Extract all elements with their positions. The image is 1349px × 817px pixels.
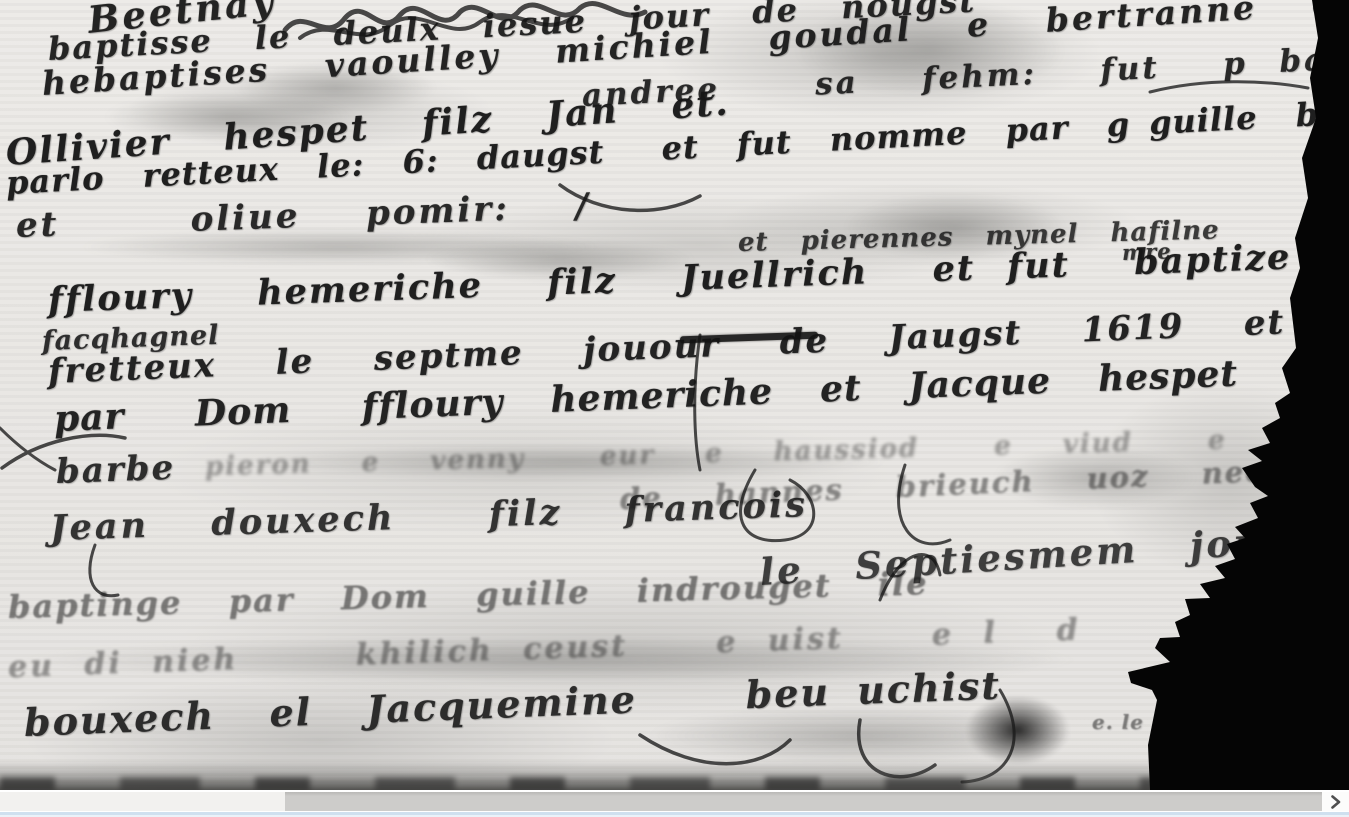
manuscript-scan: Beetnaybaptisse le deulx iesue jour de n… [0,0,1349,790]
handwritten-line: mre [1122,238,1172,265]
page-bottom-shadow-blotches [0,777,1349,790]
chevron-right-icon [1330,795,1342,809]
scrollbar-thumb[interactable] [285,792,1322,811]
scroll-right-button[interactable] [1322,792,1349,811]
handwritten-line: e. le [1092,710,1144,734]
document-viewer: Beetnaybaptisse le deulx iesue jour de n… [0,0,1349,817]
scrollbar-track[interactable] [0,792,1322,811]
horizontal-scrollbar [0,790,1349,817]
handwritten-line: le Septiesmem jour d [759,513,1349,594]
handwritten-line: barbe [55,448,175,492]
